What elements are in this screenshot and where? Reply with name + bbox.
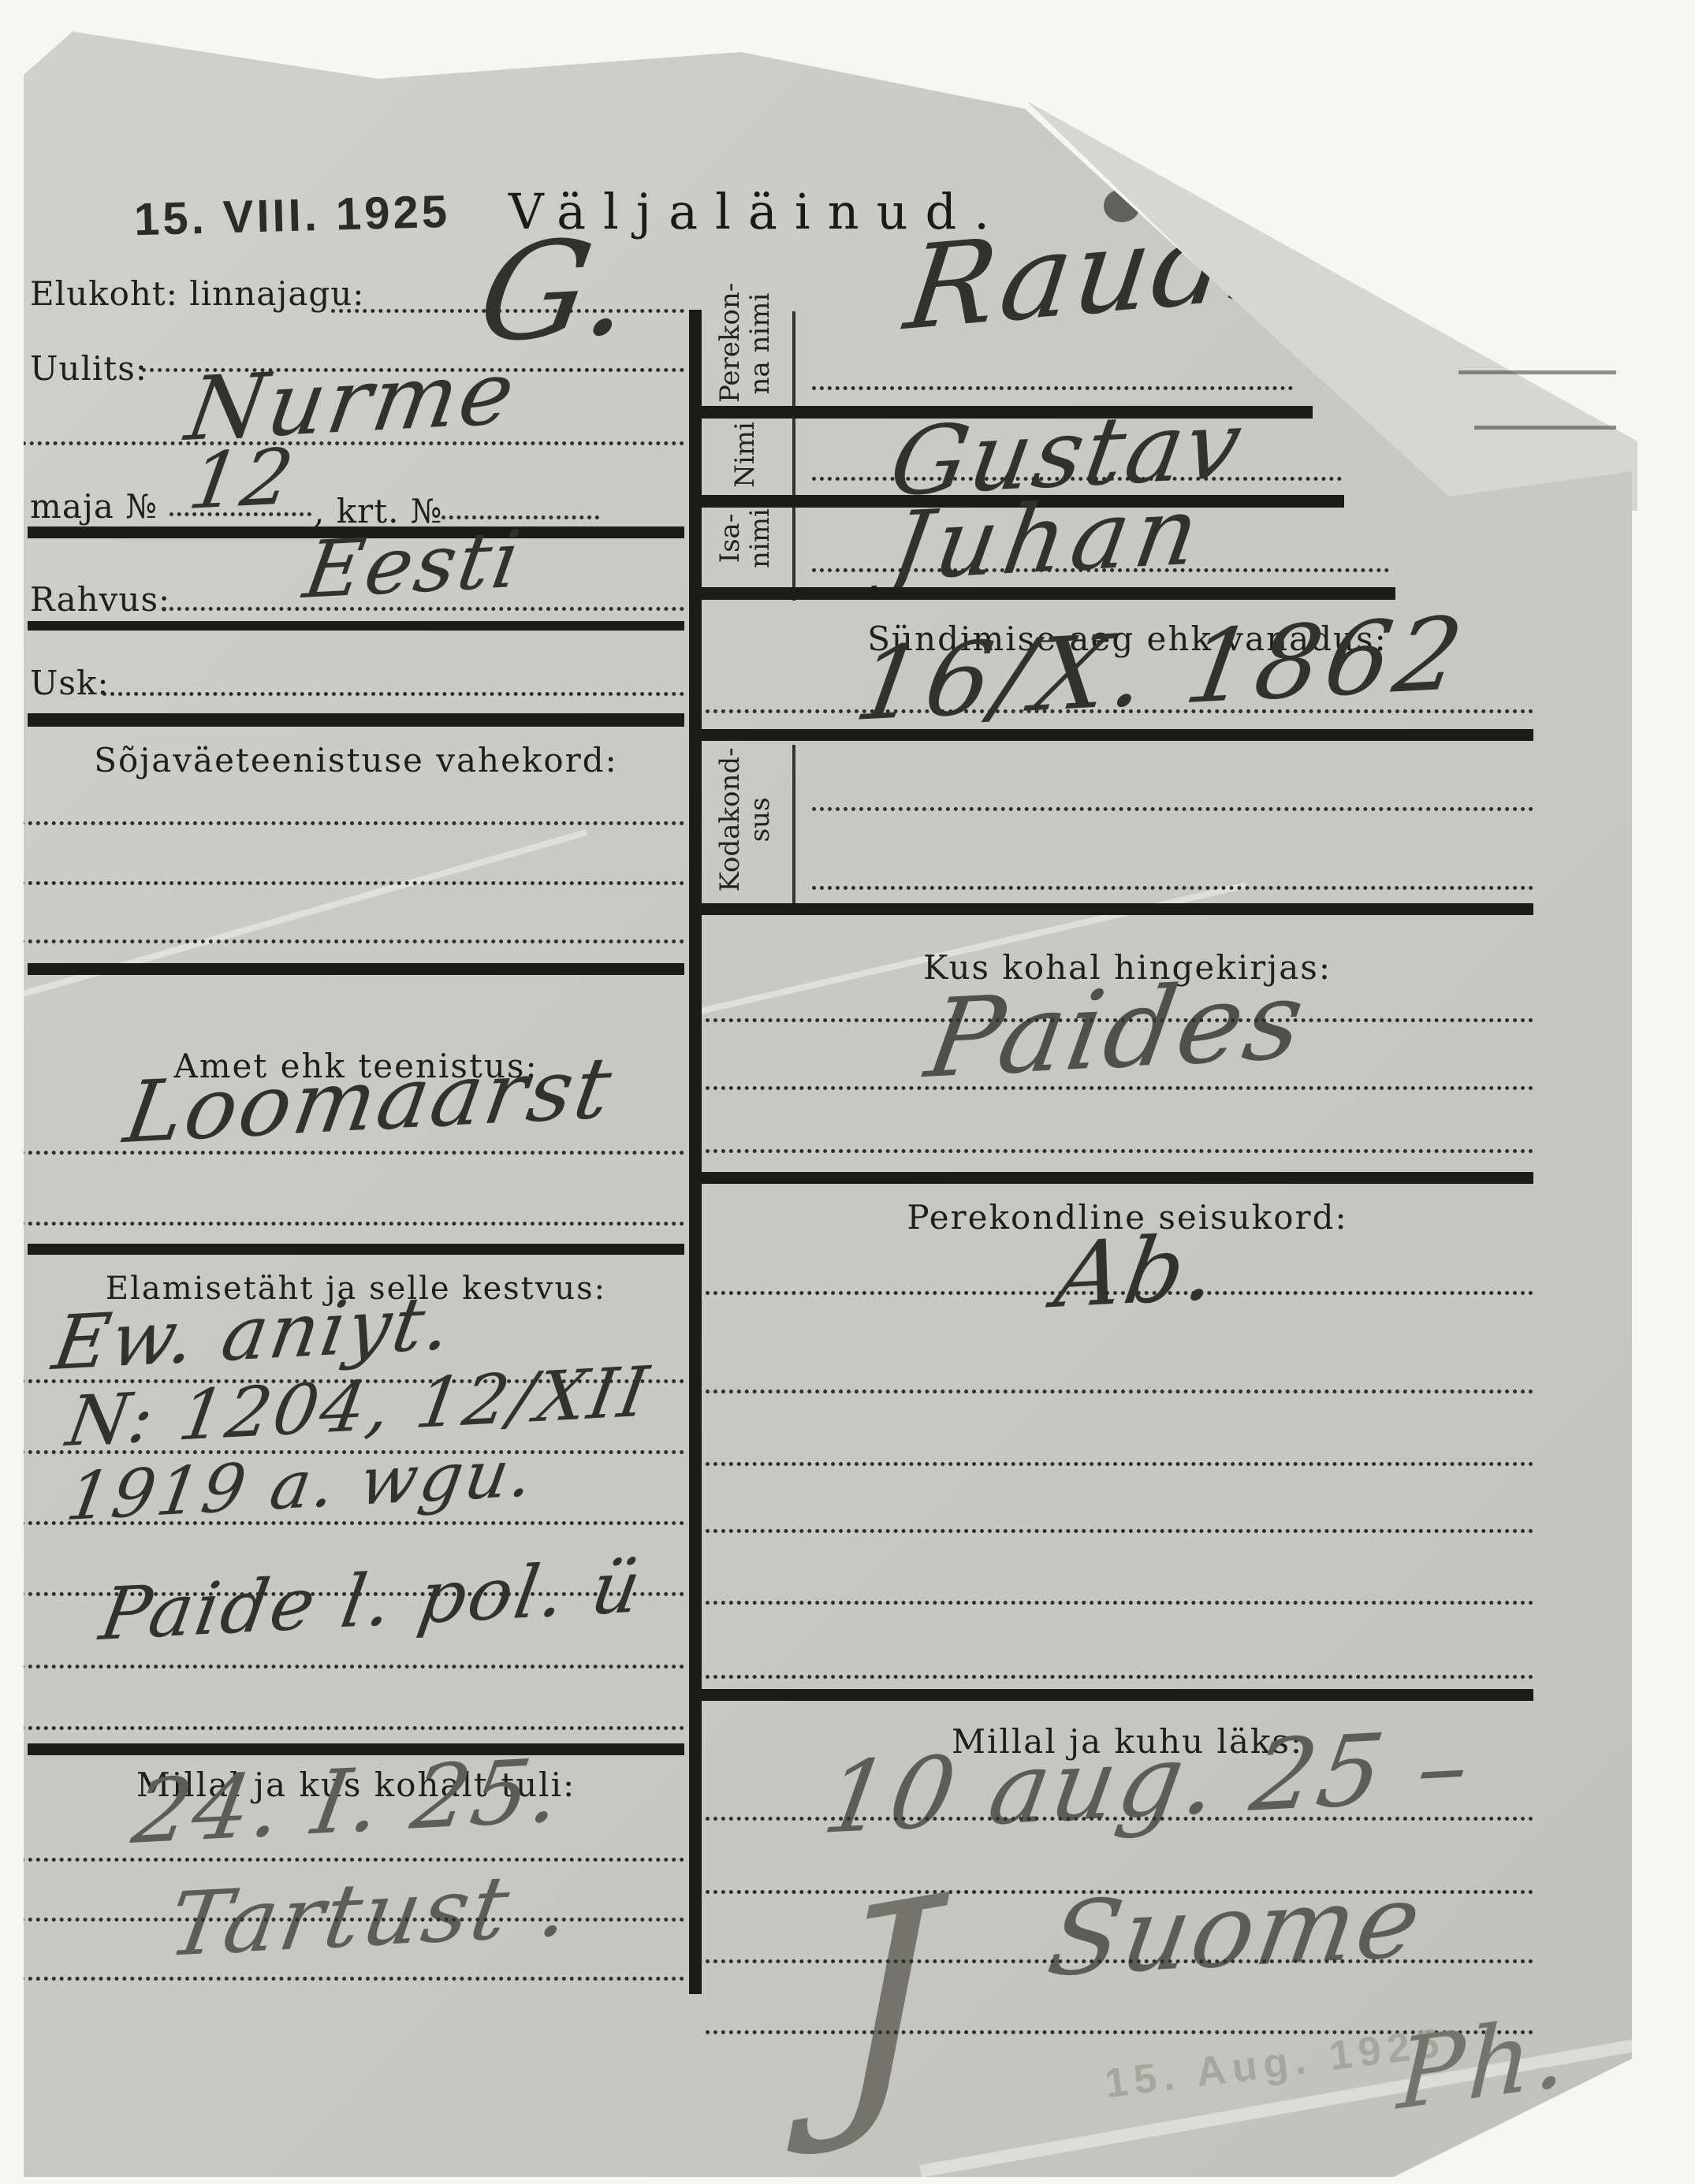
- fill-line: [706, 1675, 1533, 1679]
- card-paper: 15. VIII. 1925 Väljaläinud. Elukoht: lin…: [0, 0, 1695, 2184]
- section-rule: [692, 1172, 1533, 1184]
- fill-line: [706, 1291, 1533, 1295]
- fill-line: [706, 1959, 1533, 1963]
- fill-line: [706, 1529, 1533, 1533]
- elamisetaht-line4-handwriting: Paide l. pol. ü: [95, 1545, 649, 1657]
- row-rule: [692, 587, 1395, 600]
- sojavae-heading: Sõjaväeteenistuse vahekord:: [28, 741, 684, 779]
- fill-line: [706, 709, 1533, 713]
- section-rule: [692, 1689, 1533, 1701]
- maja-label: maja №: [30, 487, 158, 526]
- rahvus-label: Rahvus:: [30, 580, 170, 619]
- perekonnanimi-label: Perekon- na nimi: [715, 285, 775, 403]
- scan-edge-mark: [0, 150, 11, 209]
- paper-crease: [0, 829, 587, 1014]
- scanned-registration-card: 15. VIII. 1925 Väljaläinud. Elukoht: lin…: [0, 0, 1695, 2184]
- fill-line: [6, 441, 684, 445]
- tuli-place-handwriting: Tartust .: [162, 1854, 579, 1977]
- fill-line: [812, 568, 1389, 572]
- fill-line: [5, 1521, 684, 1525]
- kodakondsus-label: Kodakond- sus: [715, 741, 775, 899]
- fill-line: [706, 1086, 1533, 1090]
- fill-line: [706, 1462, 1533, 1466]
- section-rule: [692, 903, 1533, 915]
- fill-line: [706, 1890, 1533, 1894]
- fill-line: [706, 1601, 1533, 1605]
- seisukord-value-handwriting: Ab.: [1049, 1215, 1227, 1329]
- fill-line: [706, 1149, 1533, 1153]
- fill-line: [5, 939, 684, 943]
- fill-line: [812, 477, 1342, 481]
- section-rule: [692, 729, 1533, 741]
- column-divider: [689, 310, 702, 1994]
- fill-line: [812, 886, 1533, 890]
- fill-line: [5, 1726, 684, 1730]
- section-rule: [28, 1244, 684, 1255]
- fill-line: [706, 1018, 1533, 1022]
- usk-label: Usk:: [30, 664, 110, 702]
- uulits-label: Uulits:: [30, 349, 147, 388]
- label-strip-line: [792, 311, 795, 601]
- isanimi-label: Isa- nimi: [715, 479, 775, 597]
- fill-line: [812, 807, 1533, 811]
- backing-sheet-line: [1458, 370, 1616, 374]
- fill-line: [5, 821, 684, 825]
- fill-line: [169, 512, 311, 516]
- scan-edge-mark: [0, 816, 8, 950]
- fill-line: [5, 881, 684, 885]
- section-rule: [28, 963, 684, 975]
- signature-mark: J: [832, 1842, 940, 2159]
- section-rule: [28, 713, 684, 727]
- fill-line: [5, 1977, 684, 1981]
- isanimi-value-handwriting: Juhan: [883, 477, 1213, 602]
- fill-line: [812, 386, 1293, 390]
- laks-place-handwriting: Suome: [1041, 1861, 1431, 2000]
- backing-sheet-line: [1474, 426, 1616, 430]
- fill-line: [5, 1665, 684, 1669]
- section-rule: [28, 621, 684, 631]
- scan-edge-mark: [0, 463, 8, 562]
- tuli-date-handwriting: 24. I. 25.: [126, 1739, 570, 1864]
- fill-line: [5, 1222, 684, 1226]
- clerk-initials-handwriting: Ph.: [1395, 1996, 1570, 2132]
- fill-line: [706, 1817, 1533, 1821]
- rahvus-value-handwriting: Eesti: [298, 513, 528, 616]
- fill-line: [706, 1390, 1533, 1393]
- label-strip-line: [792, 745, 795, 914]
- elukoht-label: Elukoht: linnajagu:: [30, 274, 364, 313]
- fill-line: [5, 1151, 684, 1155]
- hingekirjas-value-handwriting: Paides: [918, 957, 1314, 1103]
- sundimise-value-handwriting: 16/X. 1862: [847, 595, 1475, 744]
- scan-edge-mark: [0, 307, 9, 410]
- fill-line: [102, 692, 684, 696]
- scan-edge-mark: [0, 1980, 9, 1997]
- fill-line: [5, 1918, 684, 1922]
- fill-line: [5, 1858, 684, 1862]
- received-date-stamp: 15. VIII. 1925: [133, 185, 451, 246]
